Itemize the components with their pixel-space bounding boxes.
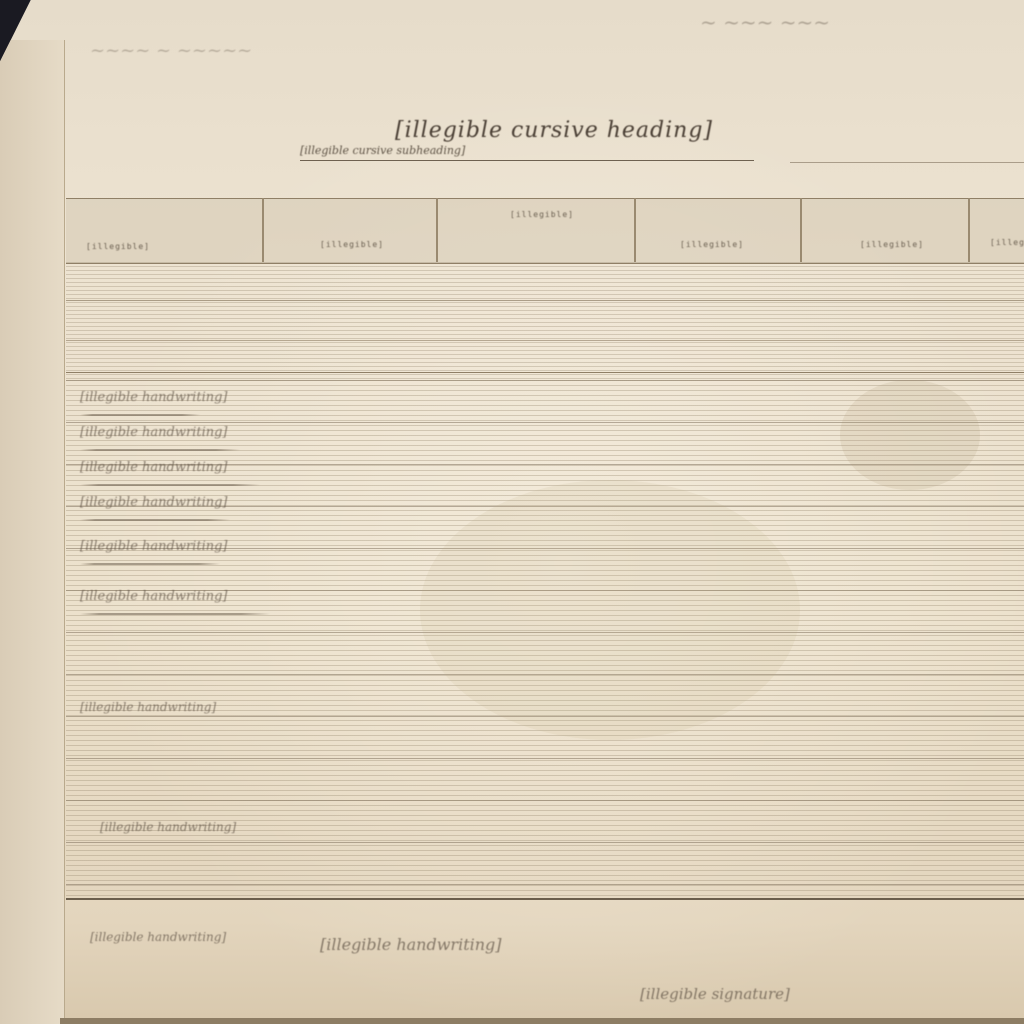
table-header <box>66 198 1024 264</box>
column-header: [illegible] <box>320 240 384 249</box>
entry: [illegible handwriting] <box>80 390 280 405</box>
entry: [illegible handwriting] <box>80 700 216 714</box>
entry: [illegible handwriting] <box>80 460 280 475</box>
footer-note: [illegible handwriting] <box>320 935 502 954</box>
signature: [illegible signature] <box>640 985 790 1003</box>
ink-stroke <box>79 449 240 451</box>
row-rule <box>66 372 1024 373</box>
column-divider <box>800 198 802 262</box>
column-header: [illegible] <box>510 210 574 219</box>
upper-ruled-rows <box>66 262 1024 380</box>
entry: [illegible handwriting] <box>80 495 280 510</box>
entry: [illegible handwriting] <box>80 425 280 440</box>
left-entries: [illegible handwriting] [illegible handw… <box>80 390 280 624</box>
column-divider <box>634 198 636 262</box>
ink-stroke <box>79 563 220 565</box>
title-underline <box>300 160 754 161</box>
ledger-page: ~~~~ ~ ~~~~~ ~ ~~~ ~~~ [illegible cursiv… <box>0 0 1024 1024</box>
ink-stroke <box>79 519 230 521</box>
column-header: [illegible] <box>680 240 744 249</box>
faint-top-right-scribble: ~ ~~~ ~~~ <box>700 10 830 34</box>
ink-smudge <box>840 380 980 490</box>
column-divider <box>262 198 264 262</box>
column-header: [illegible] <box>860 240 924 249</box>
ink-stroke <box>79 414 200 416</box>
page-title: [illegible cursive heading] <box>395 118 713 143</box>
binding-margin <box>0 40 65 1024</box>
footer-note: [illegible handwriting] <box>90 930 226 944</box>
row-rule <box>66 340 1024 341</box>
entry: [illegible handwriting] <box>80 589 280 604</box>
ink-stroke <box>79 484 260 486</box>
footer-rule <box>66 898 1024 900</box>
column-divider <box>436 198 438 262</box>
column-header: [illegible] <box>86 242 150 251</box>
column-divider <box>968 198 970 262</box>
entry: [illegible handwriting] <box>100 820 236 834</box>
entry: [illegible handwriting] <box>80 539 280 554</box>
age-stain <box>420 480 800 740</box>
page-bottom-edge <box>60 1018 1024 1024</box>
right-rule <box>790 162 1024 163</box>
row-rule <box>66 300 1024 301</box>
ink-stroke <box>79 613 270 615</box>
page-subtitle: [illegible cursive subheading] <box>300 144 465 157</box>
faint-top-scribble: ~~~~ ~ ~~~~~ <box>90 40 252 61</box>
column-header: [illegible] <box>990 238 1024 247</box>
